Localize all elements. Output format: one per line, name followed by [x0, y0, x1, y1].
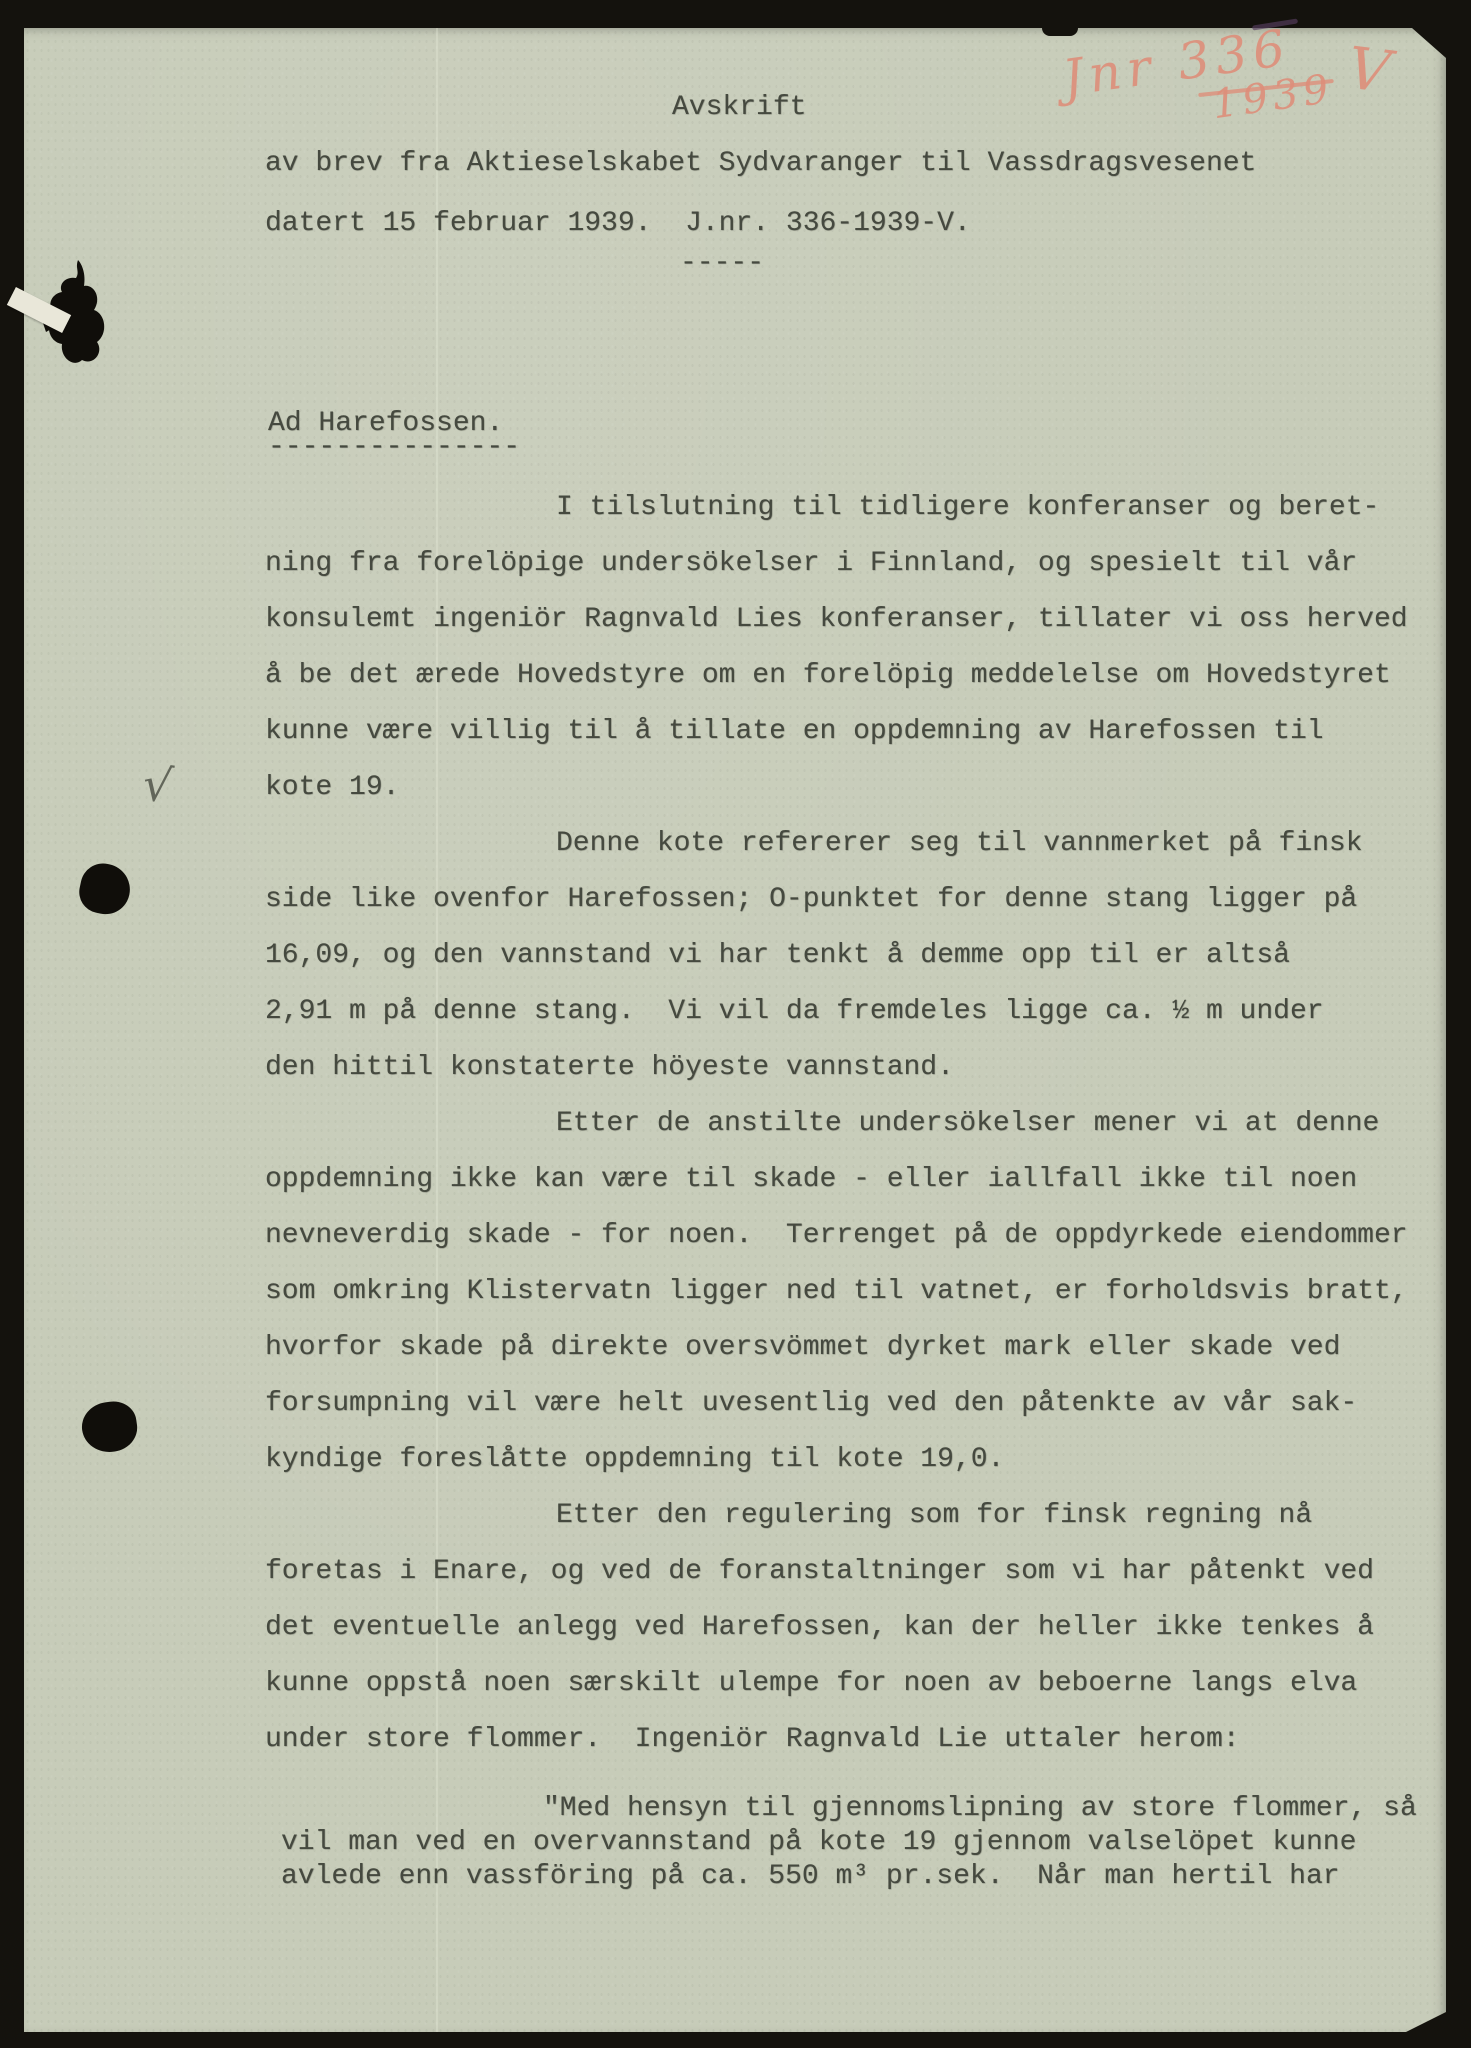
- typed-line: Etter den regulering som for finsk regni…: [265, 1488, 1408, 1544]
- typed-line: avlede enn vassföring på ca. 550 m³ pr.s…: [281, 1860, 1417, 1894]
- typed-line: I tilslutning til tidligere konferanser …: [265, 480, 1408, 536]
- typed-line: konsulemt ingeniör Ragnvald Lies konfera…: [265, 592, 1408, 648]
- letter-body: I tilslutning til tidligere konferanser …: [265, 480, 1408, 1768]
- typed-line: kunne oppstå noen særskilt ulempe for no…: [265, 1656, 1408, 1712]
- typed-line: 2,91 m på denne stang. Vi vil da fremdel…: [265, 984, 1408, 1040]
- typed-line: oppdemning ikke kan være til skade - ell…: [265, 1152, 1408, 1208]
- header-line-2: datert 15 februar 1939. J.nr. 336-1939-V…: [265, 210, 971, 238]
- typed-line: Etter de anstilte undersökelser mener vi…: [265, 1096, 1408, 1152]
- typed-line: den hittil konstaterte höyeste vannstand…: [265, 1040, 1408, 1096]
- typed-line: det eventuelle anlegg ved Harefossen, ka…: [265, 1600, 1408, 1656]
- typed-line: ning fra forelöpige undersökelser i Finn…: [265, 536, 1408, 592]
- letter-quote-block: "Med hensyn til gjennomslipning av store…: [281, 1792, 1417, 1894]
- scanned-document: Avskrift av brev fra Aktieselskabet Sydv…: [0, 0, 1471, 2048]
- typed-line: under store flommer. Ingeniör Ragnvald L…: [265, 1712, 1408, 1768]
- handwritten-letter-v: V: [1344, 34, 1394, 107]
- typed-line: 16,09, og den vannstand vi har tenkt å d…: [265, 928, 1408, 984]
- separator-dashes: -----: [680, 250, 764, 278]
- document-title: Avskrift: [672, 94, 806, 122]
- paper-sheet: Avskrift av brev fra Aktieselskabet Sydv…: [24, 28, 1446, 2032]
- typed-line: kyndige foreslåtte oppdemning til kote 1…: [265, 1432, 1408, 1488]
- typed-line: kunne være villig til å tillate en oppde…: [265, 704, 1408, 760]
- typed-line: Denne kote refererer seg til vannmerket …: [265, 816, 1408, 872]
- section-heading-underline: ---------------: [268, 434, 520, 462]
- typed-line: nevneverdig skade - for noen. Terrenget …: [265, 1208, 1408, 1264]
- typed-line: hvorfor skade på direkte oversvömmet dyr…: [265, 1320, 1408, 1376]
- typed-line: å be det ærede Hovedstyre om en forelöpi…: [265, 648, 1408, 704]
- typed-line: foretas i Enare, og ved de foranstaltnin…: [265, 1544, 1408, 1600]
- scan-edge-artifact: [1042, 28, 1078, 36]
- typed-line: vil man ved en overvannstand på kote 19 …: [281, 1826, 1417, 1860]
- header-line-1: av brev fra Aktieselskabet Sydvaranger t…: [265, 150, 1256, 178]
- typed-line: forsumpning vil være helt uvesentlig ved…: [265, 1376, 1408, 1432]
- typed-line: som omkring Klistervatn ligger ned til v…: [265, 1264, 1408, 1320]
- typed-line: kote 19.: [265, 760, 1408, 816]
- typed-line: side like ovenfor Harefossen; O-punktet …: [265, 872, 1408, 928]
- typed-line: "Med hensyn til gjennomslipning av store…: [281, 1792, 1417, 1826]
